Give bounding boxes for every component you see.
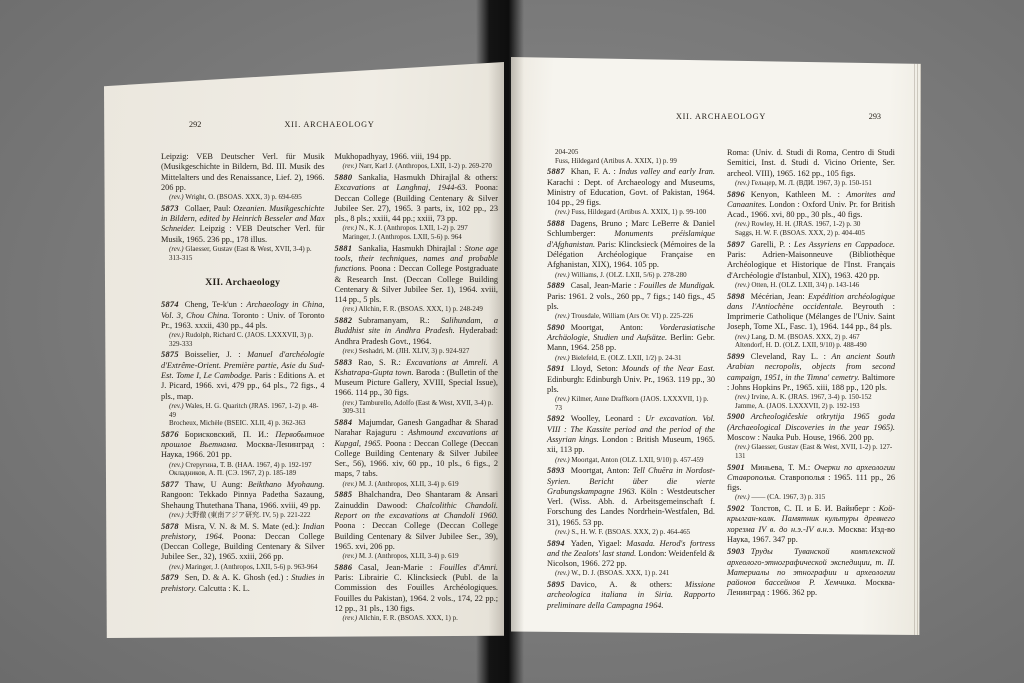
entry-text: 5892Woolley, Leonard : Ur excavation. Vo… (547, 414, 715, 455)
review-line: (rev.) M. J. (Anthropos, XLII, 3-4) p. 6… (335, 552, 499, 561)
review-line: (rev.) Otten, H. (OLZ. LXII, 3/4) p. 143… (727, 281, 895, 290)
entry-number: 5880 (335, 173, 353, 182)
entry-number: 5878 (161, 522, 179, 531)
review-line: (rev.) Lang, D. M. (BSOAS. XXX, 2) p. 46… (727, 333, 895, 342)
entry-number: 5877 (161, 480, 179, 489)
entry-text: 5880Sankalia, Hasmukh Dhirajlal & others… (335, 173, 499, 224)
review-line: (rev.) Glaesser, Gustav (East & West, XV… (727, 443, 895, 460)
entry-text: 5902Толстов, С. П. и Б. И. Вайнберг : Ко… (727, 504, 895, 545)
bib-entry: 5884Majumdar, Ganesh Gangadhar & Sharad … (335, 418, 499, 488)
entry-text: 5882Subramanyam, R.: Salihundam, a Buddh… (335, 316, 499, 347)
entry-number: 5888 (547, 219, 565, 228)
entry-text: 5901Миньева, Т. М.: Очерки по археологии… (727, 463, 895, 494)
entry-number: 5887 (547, 167, 565, 176)
entry-text: 5876Борисковский, П. И.: Первобытное про… (161, 430, 325, 461)
bib-entry: 5881Sankalia, Hasmukh Dhirajlal : Stone … (335, 244, 499, 314)
entry-number: 5897 (727, 240, 745, 249)
left-page-header: 292 XII. ARCHAEOLOGY (161, 120, 498, 131)
entry-number: 5901 (727, 463, 745, 472)
entry-text: 5881Sankalia, Hasmukh Dhirajlal : Stone … (335, 244, 499, 306)
entry-number: 5894 (547, 539, 565, 548)
right-page-column-2: Roma: (Univ. d. Studi di Roma, Centro di… (727, 148, 895, 613)
entry-number: 5898 (727, 292, 745, 301)
bib-entry: 5885Bhalchandra, Deo Shantaram & Ansari … (335, 490, 499, 560)
bib-entry: 5875Boisselier, J. : Manuel d'archéologi… (161, 350, 325, 427)
entry-number: 5886 (335, 563, 353, 572)
entry-number: 5891 (547, 364, 565, 373)
entry-text: 5896Kenyon, Kathleen M. : Amorites and C… (727, 190, 895, 221)
review-line: (rev.) Wales, H. G. Quaritch (JRAS. 1967… (161, 402, 325, 419)
bib-entry: 5886Casal, Jean-Marie : Fouilles d'Amri.… (335, 563, 499, 623)
entry-text: Mukhopadhyay, 1966. viii, 194 pp. (335, 152, 499, 162)
entry-text: 5895Davico, A. & others: Missione archeo… (547, 580, 715, 611)
bib-entry: 5901Миньева, Т. М.: Очерки по археологии… (727, 463, 895, 503)
entry-text: 5893Moortgat, Anton: Tell Chuēra in Nord… (547, 466, 715, 528)
review-line: (rev.) Allchin, F. R. (BSOAS. XXX, 1) p.… (335, 305, 499, 314)
review-line: (rev.) S., H. W. F. (BSOAS. XXX, 2) p. 4… (547, 528, 715, 537)
bib-entry: 5882Subramanyam, R.: Salihundam, a Buddh… (335, 316, 499, 356)
review-line: (rev.) Seshadri, M. (JIH. XLIV, 3) p. 92… (335, 347, 499, 356)
review-line: (rev.) Rowley, H. H. (JRAS. 1967, 1-2) p… (727, 220, 895, 229)
right-page-header: XII. ARCHAEOLOGY 293 (547, 112, 895, 123)
bib-entry: 5889Casal, Jean-Marie : Fouilles de Mund… (547, 281, 715, 321)
bib-entry: 5883Rao, S. R.: Excavations at Amreli. A… (335, 358, 499, 416)
entry-text: 5879Sen, D. & A. K. Ghosh (ed.) : Studie… (161, 573, 325, 594)
page-number-right: 293 (869, 112, 881, 121)
review-line: Maringer, J. (Anthropos. LXII, 5-6) p. 9… (335, 233, 499, 242)
bib-entry: 5895Davico, A. & others: Missione archeo… (547, 580, 715, 611)
entry-number: 5875 (161, 350, 179, 359)
entry-text: 5874Cheng, Te-k'un : Archaeology in Chin… (161, 300, 325, 331)
review-line: Окладников, А. П. (СЭ. 1967, 2) p. 185-1… (161, 469, 325, 478)
right-page-content: XII. ARCHAEOLOGY 293 204-205Fuss, Hildeg… (511, 57, 921, 635)
bib-entry: 5874Cheng, Te-k'un : Archaeology in Chin… (161, 300, 325, 348)
entry-text: 5877Thaw, U Aung: Beikthano Myohaung. Ra… (161, 480, 325, 511)
entry-number: 5874 (161, 300, 179, 309)
review-line: Fuss, Hildegard (Artibus A. XXIX, 1) p. … (547, 157, 715, 166)
bib-entry: 5897Garelli, P. : Les Assyriens en Cappa… (727, 240, 895, 290)
entry-number: 5902 (727, 504, 745, 513)
entry-text: 5898Mécérian, Jean: Expédition archéolog… (727, 292, 895, 333)
entry-text: 5885Bhalchandra, Deo Shantaram & Ansari … (335, 490, 499, 552)
entry-number: 5883 (335, 358, 353, 367)
left-page-columns: Leipzig: VEB Deutscher Verl. für Musik (… (161, 152, 498, 625)
review-line: (rev.) Rudolph, Richard C. (JAOS. LXXXVI… (161, 331, 325, 348)
review-line: (rev.) Williams, J. (OLZ. LXII, 5/6) p. … (547, 271, 715, 280)
page-number-left: 292 (189, 120, 201, 129)
review-line: Jamme, A. (JAOS. LXXXVII, 2) p. 192-193 (727, 402, 895, 411)
bib-entry: 5891Lloyd, Seton: Mounds of the Near Eas… (547, 364, 715, 412)
entry-text: 5886Casal, Jean-Marie : Fouilles d'Amri.… (335, 563, 499, 614)
review-line: Brocheux, Michèle (BSEIC. XLII, 4) p. 36… (161, 419, 325, 428)
entry-text: 5884Majumdar, Ganesh Gangadhar & Sharad … (335, 418, 499, 480)
bib-entry: 5902Толстов, С. П. и Б. И. Вайнберг : Ко… (727, 504, 895, 545)
bib-entry: 5876Борисковский, П. И.: Первобытное про… (161, 430, 325, 478)
entry-number: 5882 (335, 316, 353, 325)
bib-entry: 5893Moortgat, Anton: Tell Chuēra in Nord… (547, 466, 715, 536)
bib-entry: 5892Woolley, Leonard : Ur excavation. Vo… (547, 414, 715, 464)
review-line: (rev.) Maringer, J. (Anthropos, LXII, 5-… (161, 563, 325, 572)
entry-text: Roma: (Univ. d. Studi di Roma, Centro di… (727, 148, 895, 179)
section-heading: XII. Archaeology (161, 277, 325, 288)
bib-entry: 5888Dagens, Bruno ; Marc LeBerre & Danie… (547, 219, 715, 279)
bib-entry-continuation: Mukhopadhyay, 1966. viii, 194 pp.(rev.) … (335, 152, 499, 171)
review-line: (rev.) Narr, Karl J. (Anthropos, LXII, 1… (335, 162, 499, 171)
entry-text: 5888Dagens, Bruno ; Marc LeBerre & Danie… (547, 219, 715, 270)
bib-entry-continuation: Leipzig: VEB Deutscher Verl. für Musik (… (161, 152, 325, 202)
right-page: XII. ARCHAEOLOGY 293 204-205Fuss, Hildeg… (511, 57, 921, 635)
bib-entry: 5873Collaer, Paul: Ozeanien. Musikgeschi… (161, 204, 325, 262)
left-page: 292 XII. ARCHAEOLOGY Leipzig: VEB Deutsc… (104, 62, 504, 638)
entry-text: 5903Труды Туванской комплексной археолог… (727, 547, 895, 598)
bib-entry-continuation: Roma: (Univ. d. Studi di Roma, Centro di… (727, 148, 895, 188)
entry-text: 5891Lloyd, Seton: Mounds of the Near Eas… (547, 364, 715, 395)
entry-text: Leipzig: VEB Deutscher Verl. für Musik (… (161, 152, 325, 193)
review-line: Saggs, H. W. F. (BSOAS. XXX, 2) p. 404-4… (727, 229, 895, 238)
right-page-columns: 204-205Fuss, Hildegard (Artibus A. XXIX,… (547, 148, 895, 613)
review-line: (rev.) Allchin, F. R. (BSOAS. XXX, 1) p. (335, 614, 499, 623)
entry-text: 5883Rao, S. R.: Excavations at Amreli. A… (335, 358, 499, 399)
review-line: (rev.) 大野徹 (東南アジア研究. IV, 5) p. 221-222 (161, 511, 325, 520)
left-page-column-1: Leipzig: VEB Deutscher Verl. für Musik (… (161, 152, 325, 625)
review-line: 204-205 (547, 148, 715, 157)
review-line: (rev.) Kilmer, Anne Draffkorn (JAOS. LXX… (547, 395, 715, 412)
review-line: (rev.) Стеругина, Т. В. (НАА. 1967, 4) p… (161, 461, 325, 470)
bib-entry: 5898Mécérian, Jean: Expédition archéolog… (727, 292, 895, 350)
entry-number: 5893 (547, 466, 565, 475)
entry-number: 5900 (727, 412, 745, 421)
entry-text: 5899Cleveland, Ray L. : An ancient South… (727, 352, 895, 393)
entry-number: 5895 (547, 580, 565, 589)
review-line: Altendorf, H. D. (OLZ. LXII, 9/10) p. 48… (727, 341, 895, 350)
entry-text: 5889Casal, Jean-Marie : Fouilles de Mund… (547, 281, 715, 312)
entry-number: 5889 (547, 281, 565, 290)
review-line: (rev.) Tamburello, Adolfo (East & West, … (335, 399, 499, 416)
entry-text: 5890Moortgat, Anton: Vorderasiatische Ar… (547, 323, 715, 354)
entry-number: 5896 (727, 190, 745, 199)
review-line: (rev.) Irvine, A. K. (JRAS. 1967, 3-4) p… (727, 393, 895, 402)
review-line: (rev.) Гельцер, М. Л. (ВДИ. 1967, 3) p. … (727, 179, 895, 188)
bib-entry: 5877Thaw, U Aung: Beikthano Myohaung. Ra… (161, 480, 325, 520)
review-line: (rev.) M. J. (Anthropos, XLII, 3-4) p. 6… (335, 480, 499, 489)
entry-number: 5899 (727, 352, 745, 361)
entry-text: 5894Yaden, Yigael: Masada. Herod's fortr… (547, 539, 715, 570)
bib-entry: 5880Sankalia, Hasmukh Dhirajlal & others… (335, 173, 499, 242)
entry-number: 5876 (161, 430, 179, 439)
bib-entry: 5896Kenyon, Kathleen M. : Amorites and C… (727, 190, 895, 238)
entry-number: 5884 (335, 418, 353, 427)
bib-entry: 5900Archeologičeskie otkrytija 1965 goda… (727, 412, 895, 460)
entry-number: 5873 (161, 204, 179, 213)
bib-entry: 5887Khan, F. A. : Indus valley and early… (547, 167, 715, 217)
entry-number: 5892 (547, 414, 565, 423)
entry-text: 5887Khan, F. A. : Indus valley and early… (547, 167, 715, 208)
bib-entry: 5879Sen, D. & A. K. Ghosh (ed.) : Studie… (161, 573, 325, 594)
review-line: (rev.) Wright, O. (BSOAS. XXX, 3) p. 694… (161, 193, 325, 202)
review-line: (rev.) Trousdale, William (Ars Or. VI) p… (547, 312, 715, 321)
review-line: (rev.) Moortgat, Anton (OLZ. LXII, 9/10)… (547, 456, 715, 465)
entry-number: 5881 (335, 244, 353, 253)
entry-number: 5890 (547, 323, 565, 332)
review-line: (rev.) —— (CA. 1967, 3) p. 315 (727, 493, 895, 502)
bib-entry: 5878Misra, V. N. & M. S. Mate (ed.): Ind… (161, 522, 325, 572)
left-page-column-2: Mukhopadhyay, 1966. viii, 194 pp.(rev.) … (335, 152, 499, 625)
entry-number: 5903 (727, 547, 745, 556)
review-line: (rev.) N., K. J. (Anthropos. LXII, 1-2) … (335, 224, 499, 233)
entry-text: 5897Garelli, P. : Les Assyriens en Cappa… (727, 240, 895, 281)
entry-text: 5873Collaer, Paul: Ozeanien. Musikgeschi… (161, 204, 325, 245)
right-page-column-1: 204-205Fuss, Hildegard (Artibus A. XXIX,… (547, 148, 715, 613)
running-head-right: XII. ARCHAEOLOGY (547, 112, 895, 121)
entry-number: 5885 (335, 490, 353, 499)
bib-entry: 5894Yaden, Yigael: Masada. Herod's fortr… (547, 539, 715, 579)
entry-text: 5900Archeologičeskie otkrytija 1965 goda… (727, 412, 895, 443)
review-line: (rev.) Glaesser, Gustav (East & West, XV… (161, 245, 325, 262)
review-line: (rev.) Bielefeld, E. (OLZ. LXII, 1/2) p.… (547, 354, 715, 363)
bib-entry-continuation: 204-205Fuss, Hildegard (Artibus A. XXIX,… (547, 148, 715, 165)
review-line: (rev.) W., D. J. (BSOAS. XXX, 1) p. 241 (547, 569, 715, 578)
entry-text: 5875Boisselier, J. : Manuel d'archéologi… (161, 350, 325, 401)
bib-entry: 5890Moortgat, Anton: Vorderasiatische Ar… (547, 323, 715, 363)
left-page-content: 292 XII. ARCHAEOLOGY Leipzig: VEB Deutsc… (104, 62, 504, 638)
entry-text: 5878Misra, V. N. & M. S. Mate (ed.): Ind… (161, 522, 325, 563)
bib-entry: 5899Cleveland, Ray L. : An ancient South… (727, 352, 895, 410)
running-head-left: XII. ARCHAEOLOGY (161, 120, 498, 129)
review-line: (rev.) Fuss, Hildegard (Artibus A. XXIX,… (547, 208, 715, 217)
bib-entry: 5903Труды Туванской комплексной археолог… (727, 547, 895, 598)
entry-number: 5879 (161, 573, 179, 582)
